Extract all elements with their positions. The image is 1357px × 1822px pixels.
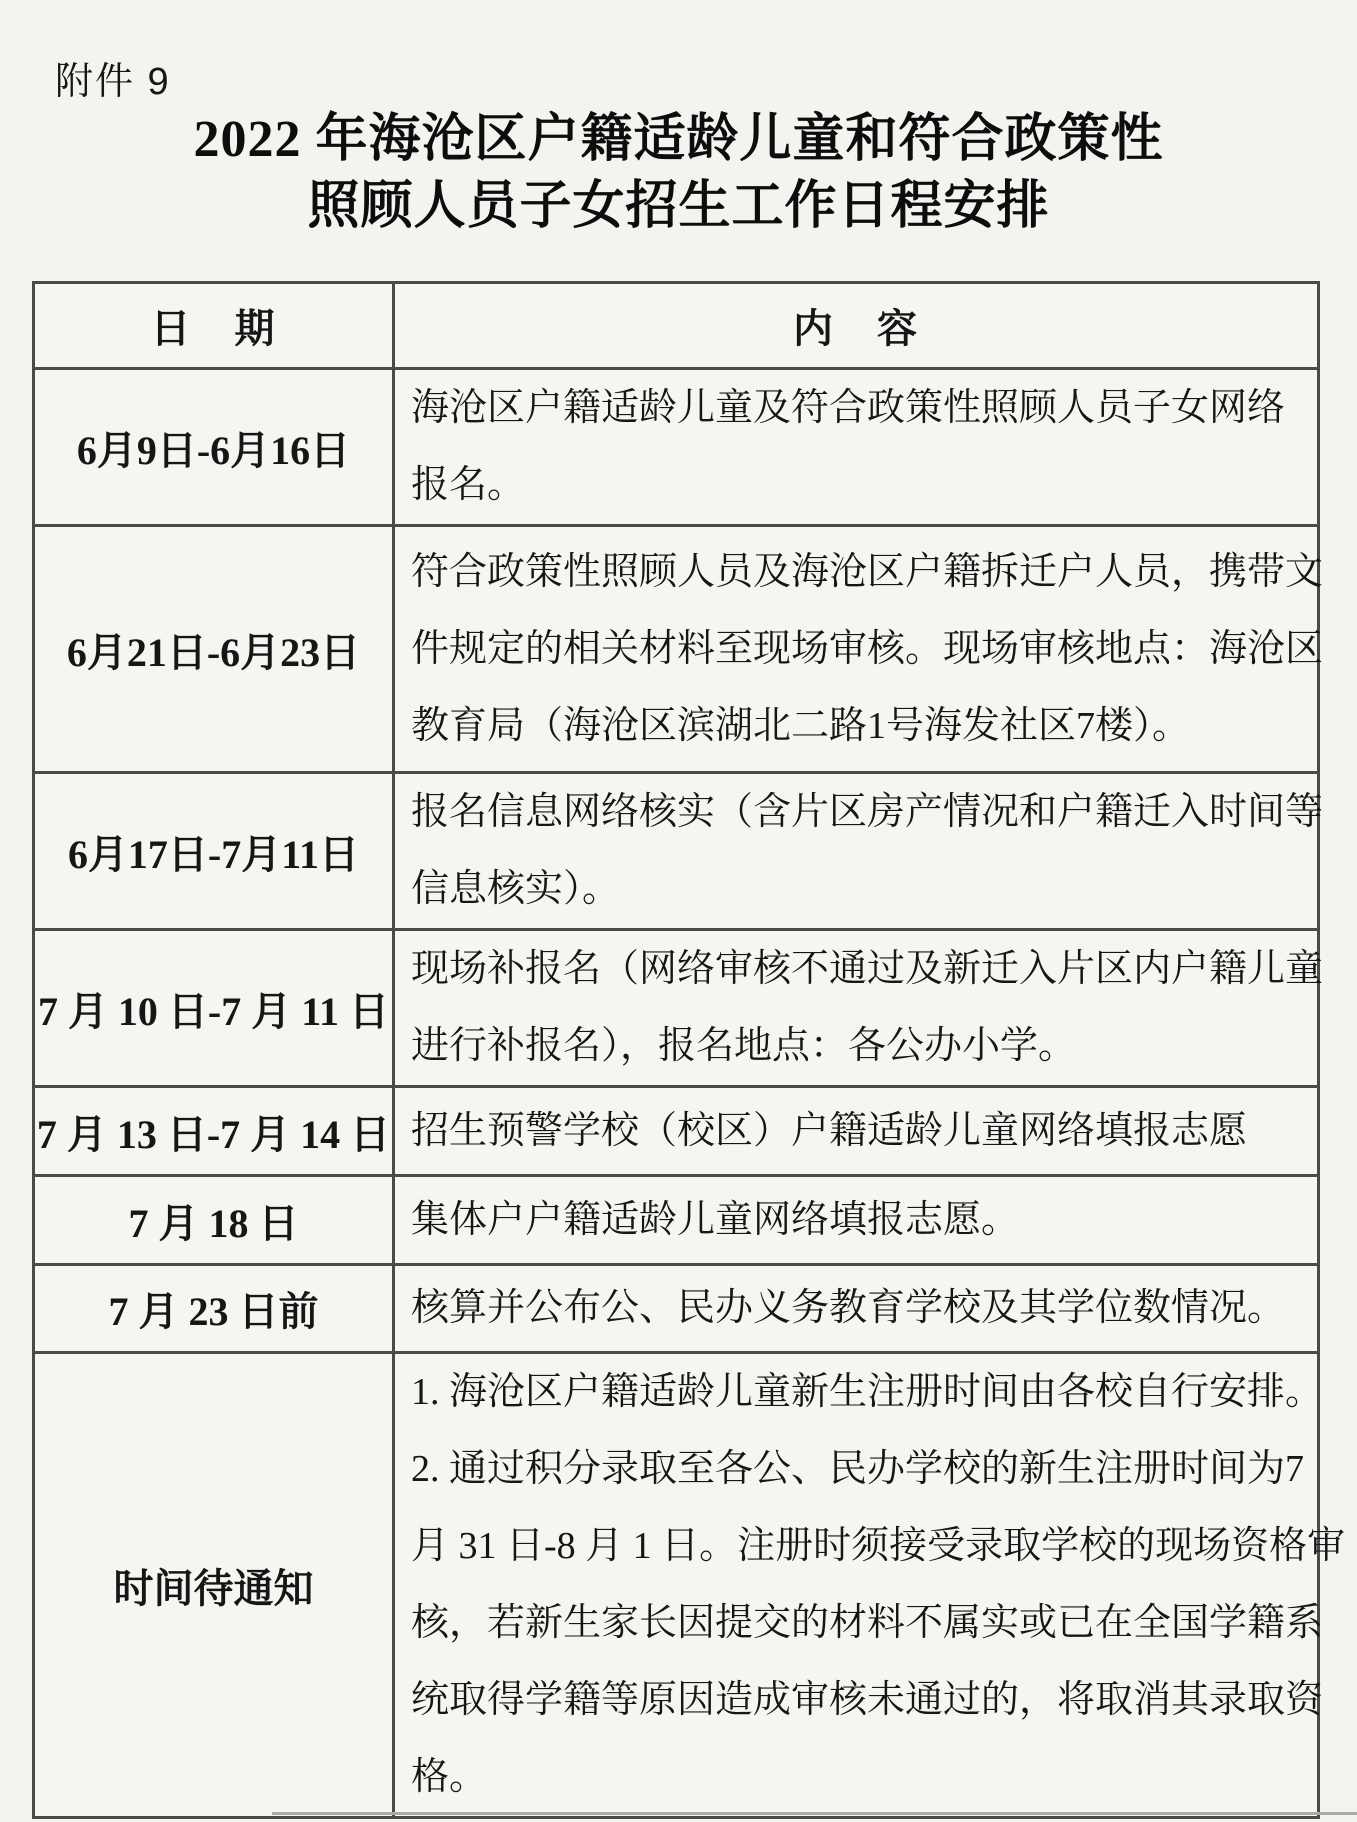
date-cell: 6月9日-6月16日 (34, 369, 394, 526)
content-line: 核算并公布公、民办义务教育学校及其学位数情况。 (411, 1270, 1309, 1347)
content-line: 统取得学籍等原因造成审核未通过的，将取消其录取资 (411, 1662, 1309, 1739)
title-line-2: 照顾人员子女招生工作日程安排 (0, 173, 1357, 240)
content-line: 现场补报名（网络审核不通过及新迁入片区内户籍儿童 (411, 931, 1309, 1008)
content-cell: 现场补报名（网络审核不通过及新迁入片区内户籍儿童进行补报名），报名地点：各公办小… (394, 930, 1319, 1087)
schedule-table: 日 期 内 容 6月9日-6月16日海沧区户籍适龄儿童及符合政策性照顾人员子女网… (32, 281, 1320, 1819)
date-cell: 时间待通知 (34, 1353, 394, 1818)
content-cell: 集体户户籍适龄儿童网络填报志愿。 (394, 1176, 1319, 1265)
table-row: 7 月 23 日前核算并公布公、民办义务教育学校及其学位数情况。 (34, 1265, 1319, 1353)
content-line: 1. 海沧区户籍适龄儿童新生注册时间由各校自行安排。 (411, 1354, 1309, 1431)
table-row: 6月17日-7月11日报名信息网络核实（含片区房产情况和户籍迁入时间等信息核实）… (34, 773, 1319, 930)
header-date: 日 期 (34, 283, 394, 369)
title-line-1: 2022 年海沧区户籍适龄儿童和符合政策性 (0, 106, 1357, 173)
date-cell: 6月17日-7月11日 (34, 773, 394, 930)
content-line: 核，若新生家长因提交的材料不属实或已在全国学籍系 (411, 1585, 1309, 1662)
table-row: 7 月 10 日-7 月 11 日现场补报名（网络审核不通过及新迁入片区内户籍儿… (34, 930, 1319, 1087)
date-cell: 6月21日-6月23日 (34, 526, 394, 773)
date-cell: 7 月 10 日-7 月 11 日 (34, 930, 394, 1087)
content-cell: 核算并公布公、民办义务教育学校及其学位数情况。 (394, 1265, 1319, 1353)
date-cell: 7 月 18 日 (34, 1176, 394, 1265)
content-cell: 符合政策性照顾人员及海沧区户籍拆迁户人员，携带文件规定的相关材料至现场审核。现场… (394, 526, 1319, 773)
table-row: 6月21日-6月23日符合政策性照顾人员及海沧区户籍拆迁户人员，携带文件规定的相… (34, 526, 1319, 773)
scan-artifact-line (272, 1812, 1357, 1815)
content-line: 招生预警学校（校区）户籍适龄儿童网络填报志愿 (411, 1093, 1309, 1170)
content-line: 教育局（海沧区滨湖北二路1号海发社区7楼）。 (411, 688, 1309, 765)
table-row: 时间待通知1. 海沧区户籍适龄儿童新生注册时间由各校自行安排。2. 通过积分录取… (34, 1353, 1319, 1818)
content-line: 2. 通过积分录取至各公、民办学校的新生注册时间为7 (411, 1431, 1309, 1508)
content-line: 符合政策性照顾人员及海沧区户籍拆迁户人员，携带文 (411, 534, 1309, 611)
content-line: 件规定的相关材料至现场审核。现场审核地点：海沧区 (411, 611, 1309, 688)
content-line: 格。 (411, 1739, 1309, 1816)
document-title: 2022 年海沧区户籍适龄儿童和符合政策性 照顾人员子女招生工作日程安排 (0, 106, 1357, 240)
table-body: 6月9日-6月16日海沧区户籍适龄儿童及符合政策性照顾人员子女网络报名。6月21… (34, 369, 1319, 1818)
content-line: 集体户户籍适龄儿童网络填报志愿。 (411, 1182, 1309, 1259)
content-cell: 海沧区户籍适龄儿童及符合政策性照顾人员子女网络报名。 (394, 369, 1319, 526)
header-row: 日 期 内 容 (34, 283, 1319, 369)
table-row: 7 月 18 日集体户户籍适龄儿童网络填报志愿。 (34, 1176, 1319, 1265)
date-cell: 7 月 23 日前 (34, 1265, 394, 1353)
header-content: 内 容 (394, 283, 1319, 369)
content-cell: 1. 海沧区户籍适龄儿童新生注册时间由各校自行安排。2. 通过积分录取至各公、民… (394, 1353, 1319, 1818)
content-line: 报名信息网络核实（含片区房产情况和户籍迁入时间等 (411, 774, 1309, 851)
table-row: 6月9日-6月16日海沧区户籍适龄儿童及符合政策性照顾人员子女网络报名。 (34, 369, 1319, 526)
content-cell: 招生预警学校（校区）户籍适龄儿童网络填报志愿 (394, 1087, 1319, 1176)
content-line: 月 31 日-8 月 1 日。注册时须接受录取学校的现场资格审 (411, 1508, 1309, 1585)
content-line: 报名。 (411, 447, 1309, 524)
attachment-label: 附件 9 (55, 50, 171, 105)
content-line: 信息核实）。 (411, 851, 1309, 928)
content-line: 进行补报名），报名地点：各公办小学。 (411, 1008, 1309, 1085)
date-cell: 7 月 13 日-7 月 14 日 (34, 1087, 394, 1176)
content-line: 海沧区户籍适龄儿童及符合政策性照顾人员子女网络 (411, 370, 1309, 447)
content-cell: 报名信息网络核实（含片区房产情况和户籍迁入时间等信息核实）。 (394, 773, 1319, 930)
table-row: 7 月 13 日-7 月 14 日招生预警学校（校区）户籍适龄儿童网络填报志愿 (34, 1087, 1319, 1176)
